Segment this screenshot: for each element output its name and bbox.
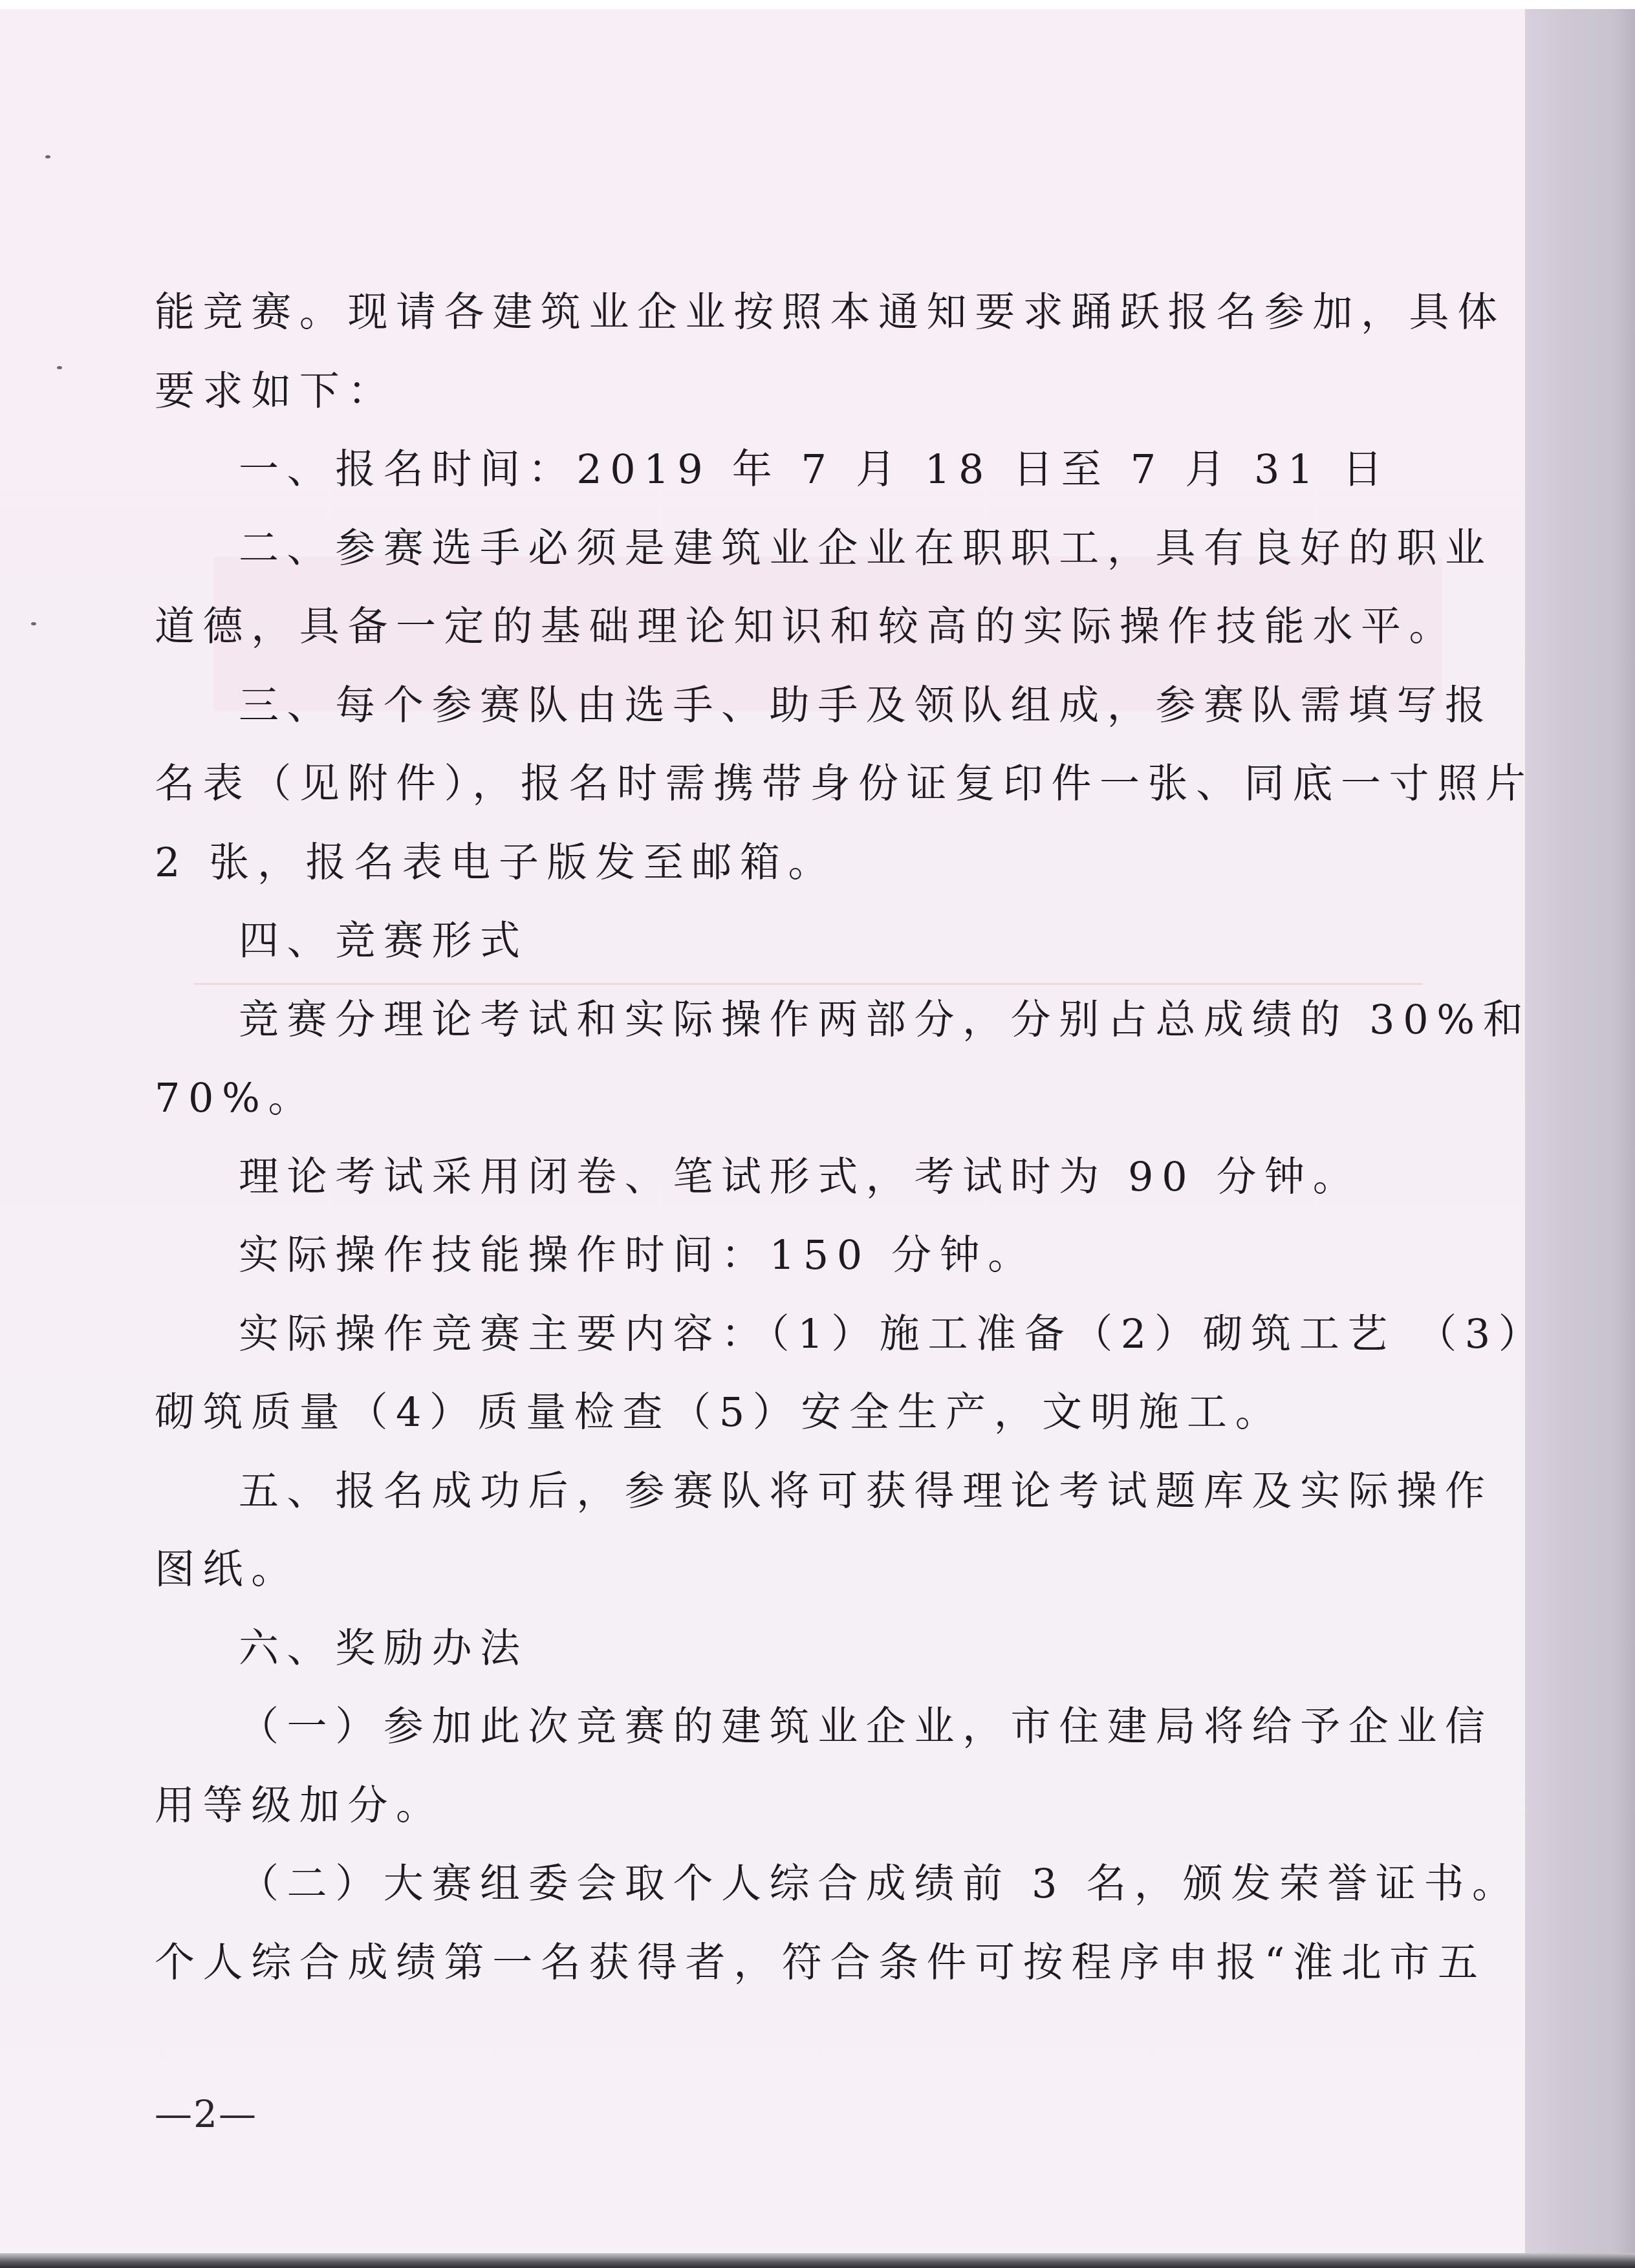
section-3-team-composition: 三、每个参赛队由选手、助手及领队组成，参赛队需填写报 — [155, 676, 1370, 755]
document-body: 能竞赛。现请各建筑业企业按照本通知要求踊跃报名参加，具体 要求如下： 一、报名时… — [155, 283, 1370, 2012]
body-line: 2 张，报名表电子版发至邮箱。 — [155, 834, 1370, 913]
body-line: 要求如下： — [155, 362, 1370, 441]
scan-speck — [57, 366, 62, 369]
body-line: 名表（见附件），报名时需携带身份证复印件一张、同底一寸照片 — [155, 755, 1370, 834]
section-5-materials: 五、报名成功后，参赛队将可获得理论考试题库及实际操作 — [155, 1462, 1370, 1541]
body-line: 图纸。 — [155, 1540, 1370, 1619]
section-1-registration-time: 一、报名时间：2019 年 7 月 18 日至 7 月 31 日 — [155, 440, 1370, 519]
scan-top-margin — [0, 0, 1635, 9]
body-line: 实际操作竞赛主要内容：（1）施工准备（2）砌筑工艺 （3） — [155, 1305, 1370, 1384]
body-line: 用等级加分。 — [155, 1777, 1370, 1855]
scanner-bottom-edge — [0, 2253, 1635, 2268]
section-2-eligibility: 二、参赛选手必须是建筑业企业在职职工，具有良好的职业 — [155, 519, 1370, 598]
section-6-heading: 六、奖励办法 — [155, 1619, 1370, 1698]
body-line: 竞赛分理论考试和实际操作两部分，分别占总成绩的 30%和 — [155, 991, 1370, 1070]
body-line: （一）参加此次竞赛的建筑业企业，市住建局将给予企业信 — [155, 1698, 1370, 1777]
section-4-heading: 四、竞赛形式 — [155, 912, 1370, 991]
body-line: 道德，具备一定的基础理论知识和较高的实际操作技能水平。 — [155, 598, 1370, 676]
body-line: 砌筑质量（4）质量检查（5）安全生产，文明施工。 — [155, 1383, 1370, 1462]
body-line: 理论考试采用闭卷、笔试形式，考试时为 90 分钟。 — [155, 1148, 1370, 1227]
body-line: 70%。 — [155, 1069, 1370, 1148]
page-number: —2— — [155, 2092, 257, 2136]
body-line: （二）大赛组委会取个人综合成绩前 3 名，颁发荣誉证书。 — [155, 1855, 1370, 1934]
scanner-edge-shadow — [1525, 9, 1635, 2253]
body-line: 实际操作技能操作时间：150 分钟。 — [155, 1226, 1370, 1305]
scan-speck — [45, 155, 50, 158]
scan-speck — [31, 622, 36, 625]
body-line: 能竞赛。现请各建筑业企业按照本通知要求踊跃报名参加，具体 — [155, 283, 1370, 362]
body-line: 个人综合成绩第一名获得者，符合条件可按程序申报“淮北市五 — [155, 1934, 1370, 2013]
